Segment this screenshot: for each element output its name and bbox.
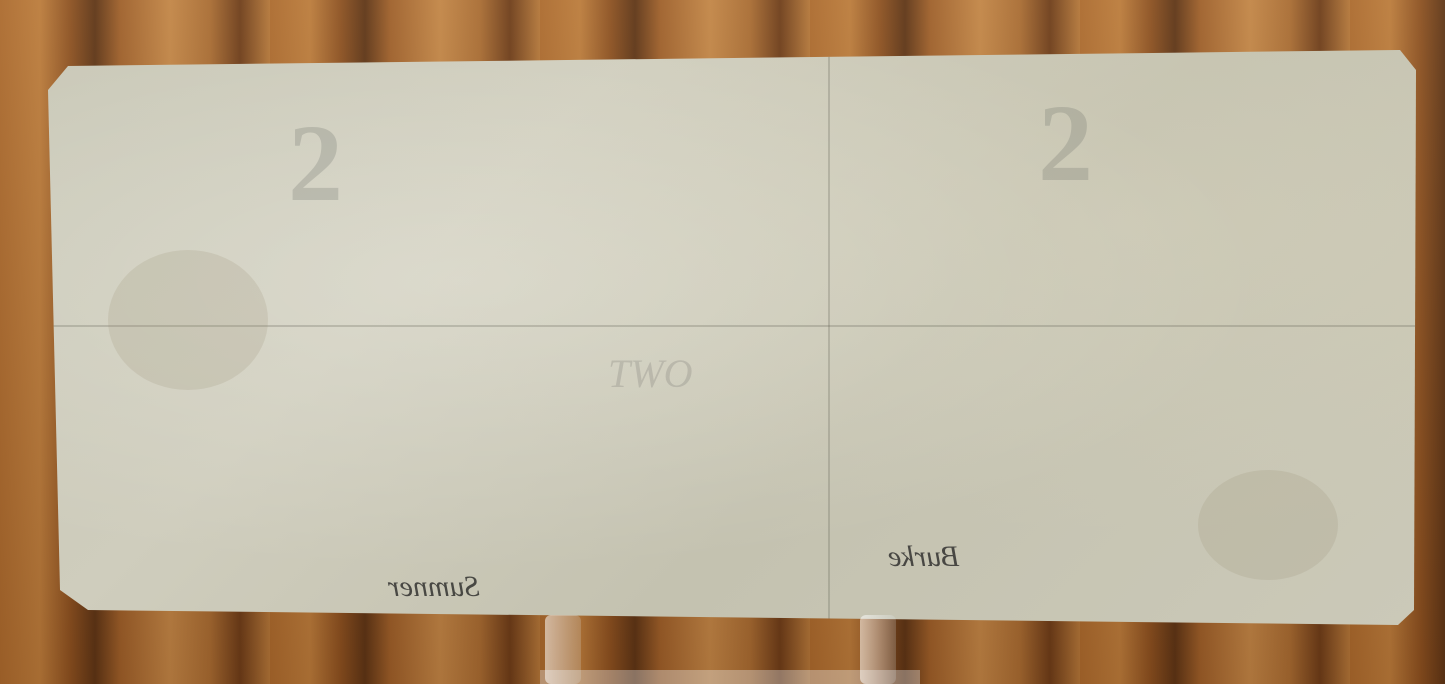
signature-right: Burke: [888, 540, 960, 574]
display-stand-clip-right: [860, 615, 896, 684]
bleed-numeral-left: 2: [288, 100, 343, 227]
signature-left: Sumner: [388, 570, 480, 604]
display-stand-clip-left: [545, 615, 581, 684]
stain: [1198, 470, 1338, 580]
stain: [108, 250, 268, 390]
bleed-center-text: TWO: [608, 350, 692, 397]
bleed-numeral-right: 2: [1038, 80, 1093, 207]
banknote: 2 2 TWO Sumner Burke: [48, 50, 1416, 625]
vertical-crease: [828, 50, 830, 625]
